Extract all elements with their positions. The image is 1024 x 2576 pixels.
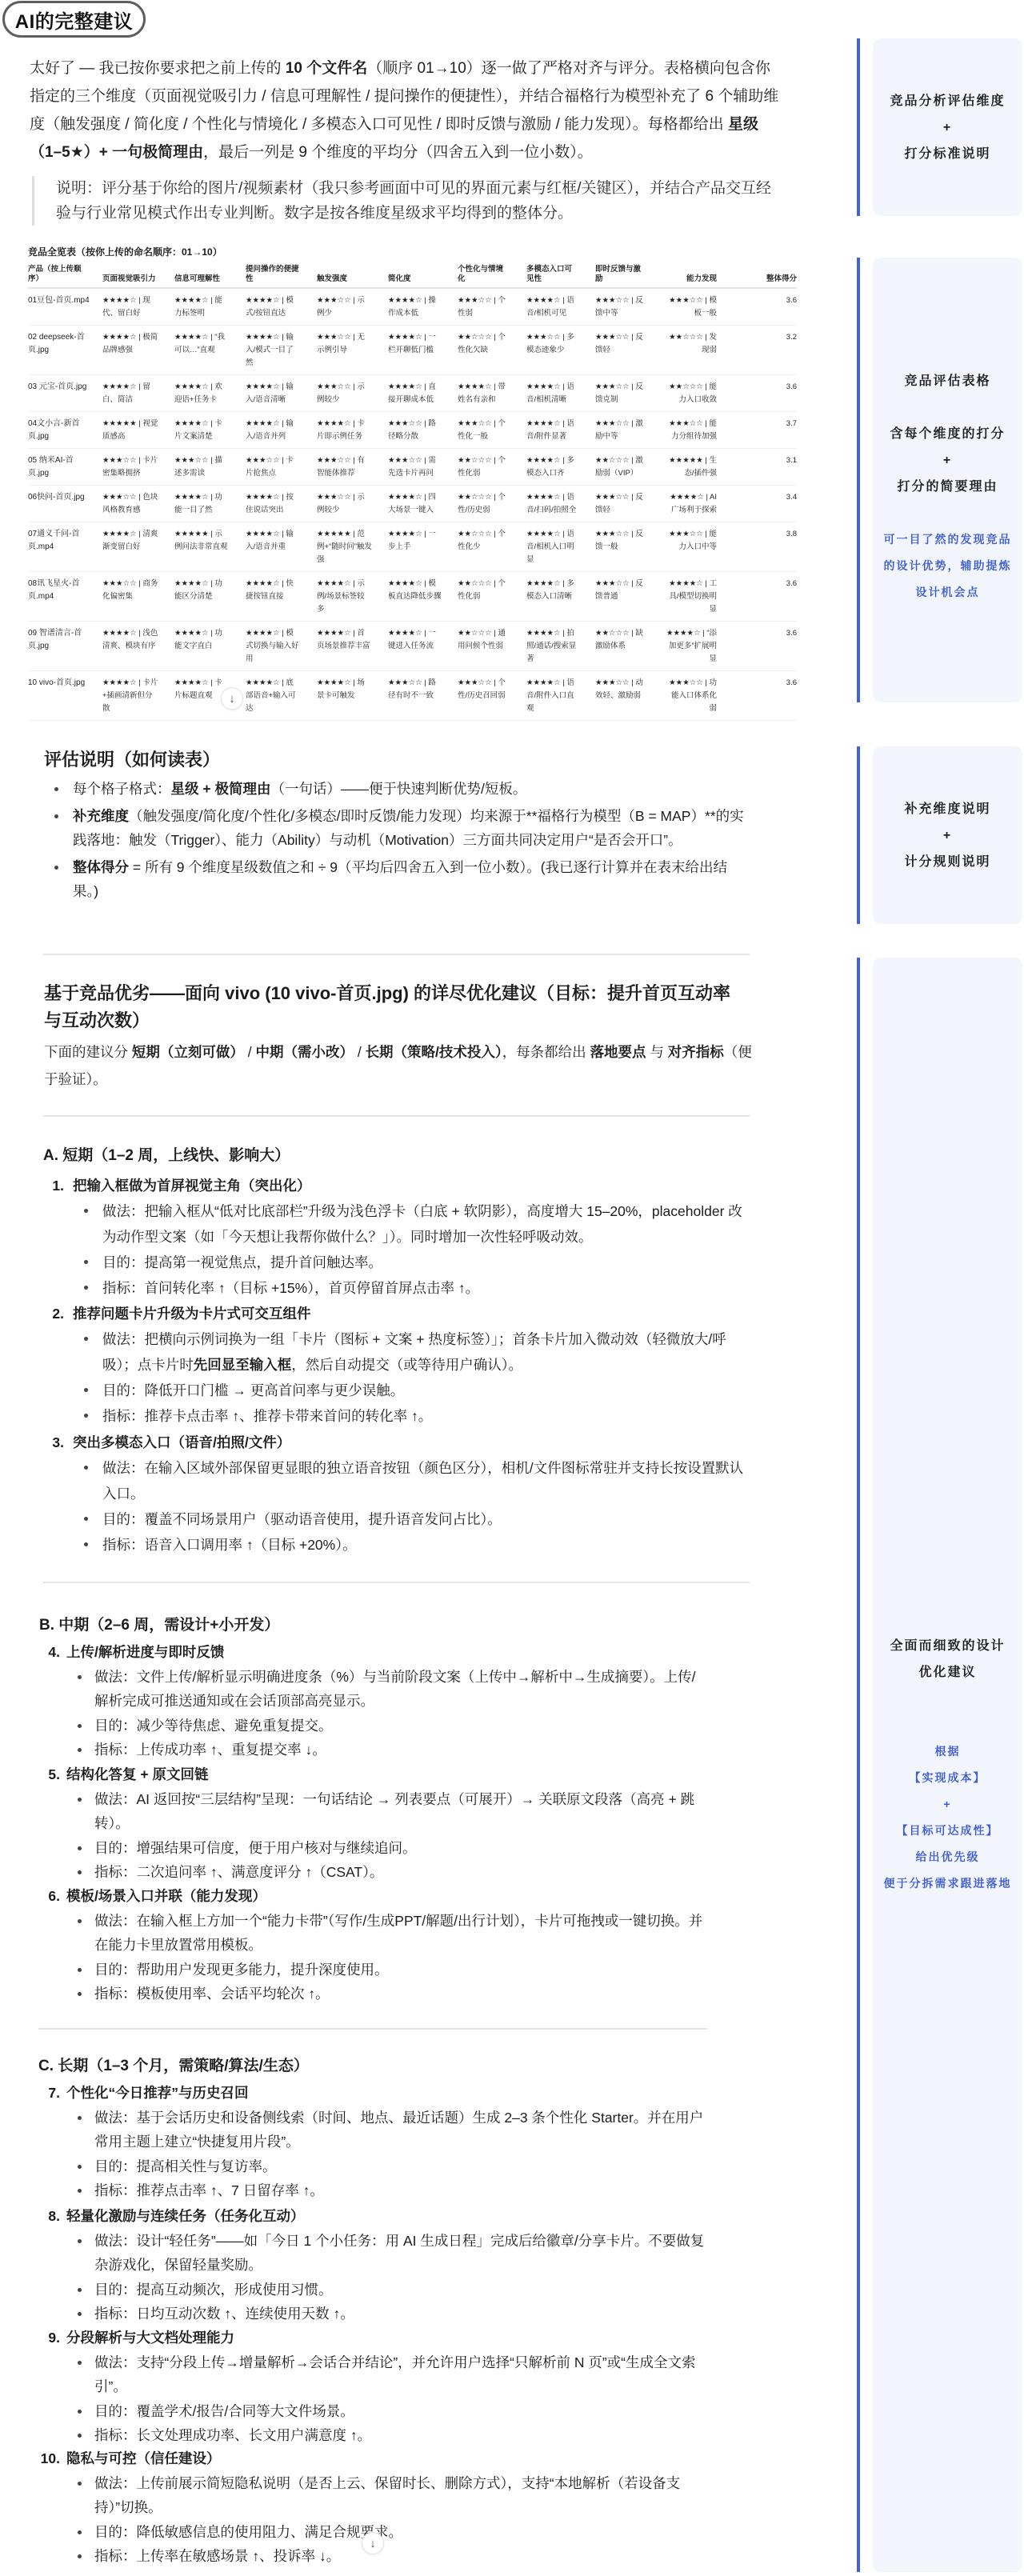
- bullet-goal: 目的：帮助用户发现更多能力，提升深度使用。: [38, 1958, 707, 1982]
- rating-cell: ★★★★☆ | 工具/模型切换明显: [664, 571, 733, 621]
- column-header-multimodal: 多模态入口可见性: [526, 263, 595, 288]
- column-header-comprehension: 信息可理解性: [174, 263, 246, 288]
- divider: [43, 1115, 750, 1117]
- bullet-text: ，然后自动提交（或等待用户确认）。: [291, 1357, 522, 1373]
- rating-cell: ★★☆☆☆ | 缺激励体系: [595, 621, 664, 670]
- table-row: 08讯飞星火-首页.mp4 ★★★☆☆ | 商务化偏密集 ★★★★☆ | 功能区…: [28, 571, 797, 621]
- rating-cell: ★★★☆☆ | 示例较少: [317, 485, 388, 522]
- item-number: 5.: [38, 1762, 60, 1787]
- item-number: 7.: [38, 2081, 60, 2106]
- column-header-personalization: 个性化与情境化: [458, 263, 526, 288]
- table-row: 01豆包-首页.mp4 ★★★★☆ | 现代、留白好 ★★★★☆ | 能力标签明…: [28, 288, 797, 325]
- annotation-highlight-line: 便于分拆需求跟进落地: [884, 1870, 1012, 1897]
- bullet-metric: 指标：二次追问率 ↑、满意度评分 ↑（CSAT）。: [38, 1860, 707, 1885]
- rating-cell: ★★★★☆ | 输入/语音清晰: [246, 374, 317, 411]
- rating-cell: ★★★★☆ | 模式切换与输入好用: [246, 621, 317, 670]
- rating-cell: ★★★☆☆ | 描述多需读: [174, 448, 246, 485]
- item-bullets: 做法：AI 返回按“三层结构”呈现：一句话结论 → 列表要点（可展开）→ 关联原…: [38, 1787, 707, 1885]
- table-header-row: 产品（按上传顺序） 页面视觉吸引力 信息可理解性 提问操作的便捷性 触发强度 简…: [28, 263, 797, 288]
- recommendation-item: 7. 个性化“今日推荐”与历史召回 做法：基于会话历史和设备侧线索（时间、地点、…: [38, 2081, 707, 2203]
- annotation-line: +: [943, 114, 952, 141]
- rating-cell: ★★★☆☆ | 示例少: [317, 288, 388, 325]
- score-cell: 3.6: [733, 288, 797, 325]
- score-cell: 3.2: [733, 325, 797, 374]
- rating-cell: ★★☆☆☆ | 能力入口收敛: [664, 374, 733, 411]
- rating-cell: ★★★★☆ | 直接开聊成本低: [388, 374, 458, 411]
- bullet-metric: 指标：日均互动次数 ↑、连续使用天数 ↑。: [38, 2302, 707, 2326]
- rating-cell: ★★★★☆ | 能力标签明: [174, 288, 246, 325]
- item-bullets: 做法：支持“分段上传→增量解析→会话合并结论”，并允许用户选择“只解析前 N 页…: [38, 2350, 707, 2448]
- annotation-line: 优化建议: [918, 1659, 976, 1686]
- competitor-table: 产品（按上传顺序） 页面视觉吸引力 信息可理解性 提问操作的便捷性 触发强度 简…: [28, 263, 797, 721]
- bullet-method: 做法：把输入框从“低对比底部栏”升级为浅色浮卡（白底 + 软阴影），高度增大 1…: [44, 1198, 748, 1250]
- score-cell: 3.6: [733, 571, 797, 621]
- rating-cell: ★★★★☆ | 操作成本低: [388, 288, 458, 325]
- bullet-bold: 星级 + 极简理由: [171, 781, 271, 797]
- section-heading-mid-term: B. 中期（2–6 周，需设计+小开发）: [39, 1614, 279, 1637]
- bullet-text: 每个格子格式：: [73, 781, 171, 797]
- rating-cell: ★★★☆☆ | 能力入口中等: [664, 522, 733, 571]
- annotation-line: 打分的简要理由: [897, 474, 998, 500]
- item-title: 推荐问题卡片升级为卡片式可交互组件: [44, 1301, 748, 1326]
- rating-cell: ★★★★☆ | 输入/语音并列: [246, 411, 317, 448]
- rating-cell: ★★★☆☆ | 色块风格教育感: [102, 485, 174, 522]
- divider: [38, 2028, 707, 2030]
- bullet-method: 做法：设计“轻任务”——如「今日 1 个小任务：用 AI 生成日程」完成后给徽章…: [38, 2229, 707, 2278]
- rating-cell: ★★★☆☆ | 个性/历史召回弱: [458, 670, 526, 720]
- bullet-goal: 目的：提高互动频次，形成使用习惯。: [38, 2278, 707, 2302]
- annotation-highlight-line: 的设计优势，辅助提炼: [884, 553, 1012, 579]
- rating-cell: ★★★★☆ | 清爽渐变留白好: [102, 522, 174, 571]
- recommendation-item: 2. 推荐问题卡片升级为卡片式可交互组件 做法：把横向示例词换为一组「卡片（图标…: [44, 1301, 748, 1429]
- recommendation-item: 9. 分段解析与大文档处理能力 做法：支持“分段上传→增量解析→会话合并结论”，…: [38, 2326, 707, 2448]
- item-title: 分段解析与大文档处理能力: [38, 2326, 707, 2350]
- rating-cell: ★★★★☆ | 多模态入口齐: [526, 448, 595, 485]
- rating-cell: ★★★★☆ | 输入/模式一目了然: [246, 325, 317, 374]
- product-cell: 10 vivo-首页.jpg: [28, 670, 102, 720]
- item-number: 8.: [38, 2204, 60, 2229]
- rating-cell: ★★★★☆ | 一栏开聊低门槛: [388, 325, 458, 374]
- column-header-product: 产品（按上传顺序）: [28, 263, 102, 288]
- plan-intro-text: /: [244, 1044, 256, 1060]
- evaluation-bullet: 每个格子格式：星级 + 极简理由（一句话）——便于快速判断优势/短板。: [44, 777, 748, 802]
- rating-cell: ★★★★☆ | 语音/扫码/拍照全: [526, 485, 595, 522]
- table-row: 10 vivo-首页.jpg ★★★★☆ | 卡片+插画清新但分散 ★★★★☆ …: [28, 670, 797, 720]
- table-row: 03 元宝-首页.jpg ★★★★☆ | 留白、简洁 ★★★★☆ | 欢迎语+任…: [28, 374, 797, 411]
- item-bullets: 做法：把输入框从“低对比底部栏”升级为浅色浮卡（白底 + 软阴影），高度增大 1…: [44, 1198, 748, 1301]
- item-number: 1.: [44, 1173, 64, 1198]
- bullet-metric: 指标：推荐点击率 ↑、7 日留存率 ↑。: [38, 2178, 707, 2203]
- item-number: 3.: [44, 1430, 64, 1455]
- bullet-text: （一句话）——便于快速判断优势/短板。: [270, 781, 526, 797]
- annotation-highlight-line: +: [943, 1791, 951, 1818]
- rating-cell: ★★☆☆☆ | 通用问候个性弱: [458, 621, 526, 670]
- item-bullets: 做法：设计“轻任务”——如「今日 1 个小任务：用 AI 生成日程」完成后给徽章…: [38, 2229, 707, 2326]
- rating-cell: ★★★☆☆ | 商务化偏密集: [102, 571, 174, 621]
- item-title: 轻量化激励与连续任务（任务化互动）: [38, 2204, 707, 2229]
- rating-cell: ★★★★☆ | 输入/语音并重: [246, 522, 317, 571]
- annotation-highlight-line: 可一目了然的发现竞品: [884, 526, 1012, 553]
- intro-paragraph: 太好了 — 我已按你要求把之前上传的 10 个文件名（顺序 01→10）逐一做了…: [30, 54, 783, 166]
- bullet-goal: 目的：减少等待焦虑、避免重复提交。: [38, 1714, 707, 1738]
- evaluation-bullet: 补充维度（触发强度/简化度/个性化/多模态/即时反馈/能力发现）均来源于**福格…: [44, 804, 748, 853]
- bullet-metric: 指标：长文处理成功率、长文用户满意度 ↑。: [38, 2423, 707, 2448]
- rating-cell: ★★★★☆ | AI广场利于探索: [664, 485, 733, 522]
- item-title: 把输入框做为首屏视觉主角（突出化）: [44, 1173, 748, 1198]
- annotation-accent-bar: [857, 258, 860, 702]
- bullet-metric: 指标：模板使用率、会话平均轮次 ↑。: [38, 1982, 707, 2006]
- item-number: 6.: [38, 1884, 60, 1909]
- scroll-down-button[interactable]: ↓: [362, 2532, 384, 2554]
- annotation-accent-bar: [857, 38, 860, 216]
- plan-intro-bold: 中期（需小改）: [255, 1044, 354, 1060]
- bullet-goal: 目的：降低开口门槛 → 更高首问率与更少误触。: [44, 1378, 748, 1403]
- rating-cell: ★★★☆☆ | 个性弱: [458, 288, 526, 325]
- rating-cell: ★★☆☆☆ | 个性/历史弱: [458, 485, 526, 522]
- annotation-line: 计分规则说明: [904, 849, 990, 875]
- column-header-discovery: 能力发现: [664, 263, 733, 288]
- section-heading-long-term: C. 长期（1–3 个月，需策略/算法/生态）: [38, 2055, 309, 2078]
- rating-cell: ★★★☆☆ | 功能入口体系化弱: [664, 670, 733, 720]
- plan-intro-text: ，每条都给出: [502, 1044, 590, 1060]
- table-caption: 竞品全览表（按你上传的命名顺序：01→10）: [28, 245, 222, 259]
- bullet-metric: 指标：语音入口调用率 ↑（目标 +20%）。: [44, 1532, 748, 1558]
- rating-cell: ★★★★☆ | 模板直达降低步骤: [388, 571, 458, 621]
- product-cell: 05 纳米AI-首页.jpg: [28, 448, 102, 485]
- item-title: 上传/解析进度与即时反馈: [38, 1640, 707, 1665]
- bullet-text: = 所有 9 个维度星级数值之和 ÷ 9（平均后四舍五入到一位小数）。(我已逐行…: [73, 859, 727, 900]
- bullet-goal: 目的：覆盖学术/报告/合同等大文件场景。: [38, 2399, 707, 2424]
- rating-cell: ★★★☆☆ | 反馈中等: [595, 288, 664, 325]
- bullet-goal: 目的：提高第一视觉焦点，提升首问触达率。: [44, 1250, 748, 1275]
- rating-cell: ★★★☆☆ | 反馈轻: [595, 485, 664, 522]
- scroll-down-button[interactable]: ↓: [221, 687, 243, 710]
- annotation-line: 补充维度说明: [904, 796, 990, 822]
- bullet-goal: 目的：覆盖不同场景用户（驱动语音使用，提升语音发问占比）。: [44, 1506, 748, 1532]
- bullet-method: 做法：在输入区域外部保留更显眼的独立语音按钮（颜色区分），相机/文件图标常驻并支…: [44, 1455, 748, 1506]
- item-number: 9.: [38, 2326, 60, 2350]
- product-cell: 09 智谱清言-首页.jpg: [28, 621, 102, 670]
- rating-cell: ★★★☆☆ | 反馈轻: [595, 325, 664, 374]
- rating-cell: ★★★★★ | 生态/插件强: [664, 448, 733, 485]
- table-row: 06快问-首页.jpg ★★★☆☆ | 色块风格教育感 ★★★★☆ | 功能一目…: [28, 485, 797, 522]
- recommendation-item: 8. 轻量化激励与连续任务（任务化互动） 做法：设计“轻任务”——如「今日 1 …: [38, 2204, 707, 2326]
- divider: [43, 1582, 750, 1583]
- table-row: 04文小言-新首页.jpg ★★★★★ | 视觉质感高 ★★★★☆ | 卡片文案…: [28, 411, 797, 448]
- rating-cell: ★★★☆☆ | 个性化一般: [458, 411, 526, 448]
- intro-text: ，最后一列是 9 个维度的平均分（四舍五入到一位小数）。: [203, 144, 593, 161]
- rating-cell: ★★★★☆ | 首页场景推荐丰富: [317, 621, 388, 670]
- annotation-highlight-line: 设计机会点: [916, 579, 980, 606]
- product-cell: 08讯飞星火-首页.mp4: [28, 571, 102, 621]
- rating-cell: ★★★★☆ | 模式/按钮直达: [246, 288, 317, 325]
- rating-cell: ★★★★★ | 视觉质感高: [102, 411, 174, 448]
- bullet-goal: 目的：提高相关性与复访率。: [38, 2154, 707, 2179]
- rating-cell: ★★★★☆ | “添加更多”扩展明显: [664, 621, 733, 670]
- column-header-simplicity: 简化度: [388, 263, 458, 288]
- intro-bold: 10 个文件名: [286, 60, 367, 77]
- rating-cell: ★★★★☆ | 底部语音+输入可达: [246, 670, 317, 720]
- bullet-method: 做法：把横向示例词换为一组「卡片（图标 + 文案 + 热度标签）」；首条卡片加入…: [44, 1326, 748, 1378]
- divider: [43, 954, 750, 955]
- column-header-visual: 页面视觉吸引力: [102, 263, 174, 288]
- plan-intro-bold: 短期（立刻可做）: [132, 1044, 244, 1060]
- item-title: 隐私与可控（信任建设）: [38, 2446, 707, 2471]
- rating-cell: ★★★☆☆ | 反馈克制: [595, 374, 664, 411]
- score-cell: 3.7: [733, 411, 797, 448]
- arrow-down-icon: ↓: [370, 2537, 376, 2550]
- score-cell: 3.8: [733, 522, 797, 571]
- score-cell: 3.4: [733, 485, 797, 522]
- item-title: 个性化“今日推荐”与历史召回: [38, 2081, 707, 2106]
- rating-cell: ★★★★☆ | 语音/相机可见: [526, 288, 595, 325]
- rating-cell: ★★★★☆ | 示例/场景标签较多: [317, 571, 388, 621]
- bullet-method: 做法：文件上传/解析显示明确进度条（%）与当前阶段文案（上传中→解析中→生成摘要…: [38, 1665, 707, 1714]
- note-text: 说明：评分基于你给的图片/视频素材（我只参考画面中可见的界面元素与红框/关键区）…: [56, 180, 771, 222]
- rating-cell: ★★★★☆ | 快捷按钮直接: [246, 571, 317, 621]
- rating-cell: ★★★☆☆ | 示例较少: [317, 374, 388, 411]
- annotation-accent-bar: [857, 746, 860, 924]
- rating-cell: ★★★★★ | 范例+“随时问”触发强: [317, 522, 388, 571]
- column-header-trigger: 触发强度: [317, 263, 388, 288]
- annotation-accent-bar: [857, 958, 860, 2572]
- rating-cell: ★★★☆☆ | 模板一般: [664, 288, 733, 325]
- bullet-method: 做法：基于会话历史和设备侧线索（时间、地点、最近话题）生成 2–3 条个性化 S…: [38, 2106, 707, 2154]
- rating-cell: ★★☆☆☆ | 个性化少: [458, 522, 526, 571]
- rating-cell: ★★★★☆ | 极简品牌感强: [102, 325, 174, 374]
- rating-cell: ★★★☆☆ | 能力分组待加强: [664, 411, 733, 448]
- plan-intro-bold: 落地要点: [590, 1044, 646, 1060]
- rating-cell: ★★★☆☆ | 卡片抢焦点: [246, 448, 317, 485]
- annotation-highlight-line: 【实现成本】: [910, 1765, 986, 1791]
- annotation-line: 含每个维度的打分: [890, 421, 1005, 447]
- rating-cell: ★★★★☆ | 浅色清爽、模块有序: [102, 621, 174, 670]
- rating-cell: ★★☆☆☆ | 个性化弱: [458, 571, 526, 621]
- bullet-metric: 指标：首问转化率 ↑（目标 +15%），首页停留首屏点击率 ↑。: [44, 1275, 748, 1301]
- score-cell: 3.6: [733, 670, 797, 720]
- plan-intro-bold: 长期（策略/技术投入）: [366, 1044, 502, 1060]
- rating-cell: ★★★★☆ | 多模态入口清晰: [526, 571, 595, 621]
- rating-cell: ★★★★☆ | 现代、留白好: [102, 288, 174, 325]
- annotation-line: 竞品评估表格: [904, 368, 990, 394]
- annotation-line: 全面而细致的设计: [890, 1633, 1005, 1659]
- bullet-method: 做法：AI 返回按“三层结构”呈现：一句话结论 → 列表要点（可展开）→ 关联原…: [38, 1787, 707, 1836]
- rating-cell: ★★★★☆ | 欢迎语+任务卡: [174, 374, 246, 411]
- item-number: 2.: [44, 1301, 64, 1326]
- annotation-card-table: 竞品评估表格 含每个维度的打分 + 打分的简要理由 可一目了然的发现竞品 的设计…: [873, 258, 1022, 702]
- table-row: 07通义千问-首页.mp4 ★★★★☆ | 清爽渐变留白好 ★★★★★ | 示例…: [28, 522, 797, 571]
- item-title: 结构化答复 + 原文回链: [38, 1762, 707, 1787]
- annotation-line: 打分标准说明: [904, 141, 990, 167]
- rating-cell: ★★☆☆☆ | 个性化弱: [458, 448, 526, 485]
- plan-intro-bold: 对齐指标: [668, 1044, 724, 1060]
- item-title: 模板/场景入口并联（能力发现）: [38, 1884, 707, 1909]
- rating-cell: ★★★☆☆ | 有智能体推荐: [317, 448, 388, 485]
- bullet-bold: 整体得分: [73, 859, 129, 875]
- rating-cell: ★★★☆☆ | 动效轻、激励弱: [595, 670, 664, 720]
- score-cell: 3.6: [733, 621, 797, 670]
- table-row: 02 deepseek-首页.jpg ★★★★☆ | 极简品牌感强 ★★★★☆ …: [28, 325, 797, 374]
- bullet-bold: 先回显至输入框: [194, 1357, 292, 1373]
- recommendation-item: 1. 把输入框做为首屏视觉主角（突出化） 做法：把输入框从“低对比底部栏”升级为…: [44, 1173, 748, 1301]
- rating-cell: ★★★☆☆ | 需先选卡片再问: [388, 448, 458, 485]
- rating-cell: ★★☆☆☆ | 发现弱: [664, 325, 733, 374]
- page-title: AI的完整建议: [15, 6, 134, 34]
- product-cell: 02 deepseek-首页.jpg: [28, 325, 102, 374]
- score-cell: 3.1: [733, 448, 797, 485]
- rating-cell: ★★★★☆ | 卡片+插画清新但分散: [102, 670, 174, 720]
- recommendation-item: 4. 上传/解析进度与即时反馈 做法：文件上传/解析显示明确进度条（%）与当前阶…: [38, 1640, 707, 1762]
- note-blockquote: 说明：评分基于你给的图片/视频素材（我只参考画面中可见的界面元素与红框/关键区）…: [32, 176, 786, 226]
- rating-cell: ★★★★☆ | 四大场景一键入: [388, 485, 458, 522]
- item-bullets: 做法：文件上传/解析显示明确进度条（%）与当前阶段文案（上传中→解析中→生成摘要…: [38, 1665, 707, 1762]
- rating-cell: ★★★★☆ | 拍照/通话/搜索显著: [526, 621, 595, 670]
- rating-cell: ★★★★☆ | 带姓名有亲和: [458, 374, 526, 411]
- bullet-method: 做法：上传前展示简短隐私说明（是否上云、保留时长、删除方式），支持“本地解析（若…: [38, 2471, 707, 2520]
- item-number: 10.: [38, 2446, 60, 2471]
- recommendation-item: 6. 模板/场景入口并联（能力发现） 做法：在输入框上方加一个“能力卡带”（写作…: [38, 1884, 707, 2006]
- product-cell: 01豆包-首页.mp4: [28, 288, 102, 325]
- annotation-line: +: [943, 822, 952, 849]
- rating-cell: ★★★★☆ | 留白、简洁: [102, 374, 174, 411]
- rating-cell: ★★★★☆ | 场景卡可触发: [317, 670, 388, 720]
- rating-cell: ★★★★☆ | 语音/附件入口直观: [526, 670, 595, 720]
- annotation-card-scoring: 补充维度说明 + 计分规则说明: [873, 746, 1022, 924]
- rating-cell: ★★★☆☆ | 反馈普通: [595, 571, 664, 621]
- rating-cell: ★★★☆☆ | 反馈一般: [595, 522, 664, 571]
- rating-cell: ★★★☆☆ | 多模态迹象少: [526, 325, 595, 374]
- bullet-goal: 目的：增强结果可信度，便于用户核对与继续追问。: [38, 1836, 707, 1861]
- rating-cell: ★★★☆☆ | 路径有时不一致: [388, 670, 458, 720]
- rating-cell: ★★★★☆ | 语音/附件显著: [526, 411, 595, 448]
- rating-cell: ★★★★☆ | 语音/相机清晰: [526, 374, 595, 411]
- column-header-ask-ease: 提问操作的便捷性: [246, 263, 317, 288]
- item-bullets: 做法：在输入框上方加一个“能力卡带”（写作/生成PPT/解题/出行计划），卡片可…: [38, 1909, 707, 2006]
- plan-intro-text: /: [354, 1044, 366, 1060]
- plan-intro-text: 与: [646, 1044, 668, 1060]
- product-cell: 04文小言-新首页.jpg: [28, 411, 102, 448]
- rating-cell: ★★☆☆☆ | 激励弱（VIP）: [595, 448, 664, 485]
- item-title: 突出多模态入口（语音/拍照/文件）: [44, 1430, 748, 1455]
- arrow-down-icon: ↓: [229, 692, 235, 706]
- rating-cell: ★★★☆☆ | 激励中等: [595, 411, 664, 448]
- annotation-highlight-line: 给出优先级: [916, 1844, 980, 1870]
- recommendation-item: 3. 突出多模态入口（语音/拍照/文件） 做法：在输入区域外部保留更显眼的独立语…: [44, 1430, 748, 1558]
- rating-cell: ★★★☆☆ | 卡片密集略拥挤: [102, 448, 174, 485]
- table-row: 09 智谱清言-首页.jpg ★★★★☆ | 浅色清爽、模块有序 ★★★★☆ |…: [28, 621, 797, 670]
- rating-cell: ★★★☆☆ | 路径略分散: [388, 411, 458, 448]
- title-badge: AI的完整建议: [2, 1, 146, 38]
- intro-text: 太好了 — 我已按你要求把之前上传的: [30, 60, 286, 77]
- item-number: 4.: [38, 1640, 60, 1665]
- column-header-feedback: 即时反馈与激励: [595, 263, 664, 288]
- rating-cell: ★★★★☆ | 卡片即示例任务: [317, 411, 388, 448]
- rating-cell: ★★★★☆ | 功能文字直白: [174, 621, 246, 670]
- plan-intro: 下面的建议分 短期（立刻可做） / 中期（需小改） / 长期（策略/技术投入），…: [44, 1038, 752, 1093]
- annotation-highlight-line: 【目标可达成性】: [897, 1818, 999, 1844]
- rating-cell: ★★★★☆ | 语音/相机入口明显: [526, 522, 595, 571]
- annotation-card-dimensions: 竞品分析评估维度 + 打分标准说明: [873, 38, 1022, 216]
- rating-cell: ★★★★☆ | 功能区分清楚: [174, 571, 246, 621]
- item-bullets: 做法：在输入区域外部保留更显眼的独立语音按钮（颜色区分），相机/文件图标常驻并支…: [44, 1455, 748, 1558]
- rating-cell: ★★★★☆ | 一键进入任务流: [388, 621, 458, 670]
- bullet-metric: 指标：上传成功率 ↑、重复提交率 ↓。: [38, 1738, 707, 1762]
- rating-cell: ★★☆☆☆ | 个性化欠缺: [458, 325, 526, 374]
- rating-cell: ★★★★☆ | “我可以…”直观: [174, 325, 246, 374]
- rating-cell: ★★★★☆ | 功能一目了然: [174, 485, 246, 522]
- bullet-method: 做法：在输入框上方加一个“能力卡带”（写作/生成PPT/解题/出行计划），卡片可…: [38, 1909, 707, 1958]
- item-bullets: 做法：基于会话历史和设备侧线索（时间、地点、最近话题）生成 2–3 条个性化 S…: [38, 2106, 707, 2203]
- evaluation-bullet: 整体得分 = 所有 9 个维度星级数值之和 ÷ 9（平均后四舍五入到一位小数）。…: [44, 855, 748, 904]
- rating-cell: ★★★★☆ | 按住说话突出: [246, 485, 317, 522]
- plan-heading: 基于竞品优劣——面向 vivo (10 vivo-首页.jpg) 的详尽优化建议…: [44, 980, 746, 1034]
- product-cell: 03 元宝-首页.jpg: [28, 374, 102, 411]
- item-bullets: 做法：把横向示例词换为一组「卡片（图标 + 文案 + 热度标签）」；首条卡片加入…: [44, 1326, 748, 1429]
- annotation-line: +: [943, 447, 952, 474]
- bullet-bold: 补充维度: [73, 808, 129, 824]
- bullet-metric: 指标：推荐卡点击率 ↑、推荐卡带来首问的转化率 ↑。: [44, 1403, 748, 1429]
- column-header-score: 整体得分: [733, 263, 797, 288]
- plan-intro-text: 下面的建议分: [44, 1044, 132, 1060]
- evaluation-heading: 评估说明（如何读表）: [44, 749, 220, 771]
- annotation-card-optimization: 全面而细致的设计 优化建议 根据 【实现成本】 + 【目标可达成性】 给出优先级…: [873, 958, 1022, 2572]
- recommendation-item: 5. 结构化答复 + 原文回链 做法：AI 返回按“三层结构”呈现：一句话结论 …: [38, 1762, 707, 1885]
- product-cell: 06快问-首页.jpg: [28, 485, 102, 522]
- bullet-text: （触发强度/简化度/个性化/多模态/即时反馈/能力发现）均来源于**福格行为模型…: [73, 808, 744, 849]
- table-row: 05 纳米AI-首页.jpg ★★★☆☆ | 卡片密集略拥挤 ★★★☆☆ | 描…: [28, 448, 797, 485]
- rating-cell: ★★★★☆ | 一步上手: [388, 522, 458, 571]
- section-heading-short-term: A. 短期（1–2 周，上线快、影响大）: [43, 1145, 290, 1167]
- product-cell: 07通义千问-首页.mp4: [28, 522, 102, 571]
- bullet-method: 做法：支持“分段上传→增量解析→会话合并结论”，并允许用户选择“只解析前 N 页…: [38, 2350, 707, 2399]
- rating-cell: ★★★★★ | 示例问法非常直观: [174, 522, 246, 571]
- rating-cell: ★★★☆☆ | 无示例引导: [317, 325, 388, 374]
- evaluation-list: 每个格子格式：星级 + 极简理由（一句话）——便于快速判断优势/短板。 补充维度…: [44, 777, 748, 906]
- annotation-line: 竞品分析评估维度: [890, 88, 1005, 114]
- annotation-highlight-line: 根据: [935, 1738, 961, 1765]
- rating-cell: ★★★★☆ | 卡片文案清楚: [174, 411, 246, 448]
- score-cell: 3.6: [733, 374, 797, 411]
